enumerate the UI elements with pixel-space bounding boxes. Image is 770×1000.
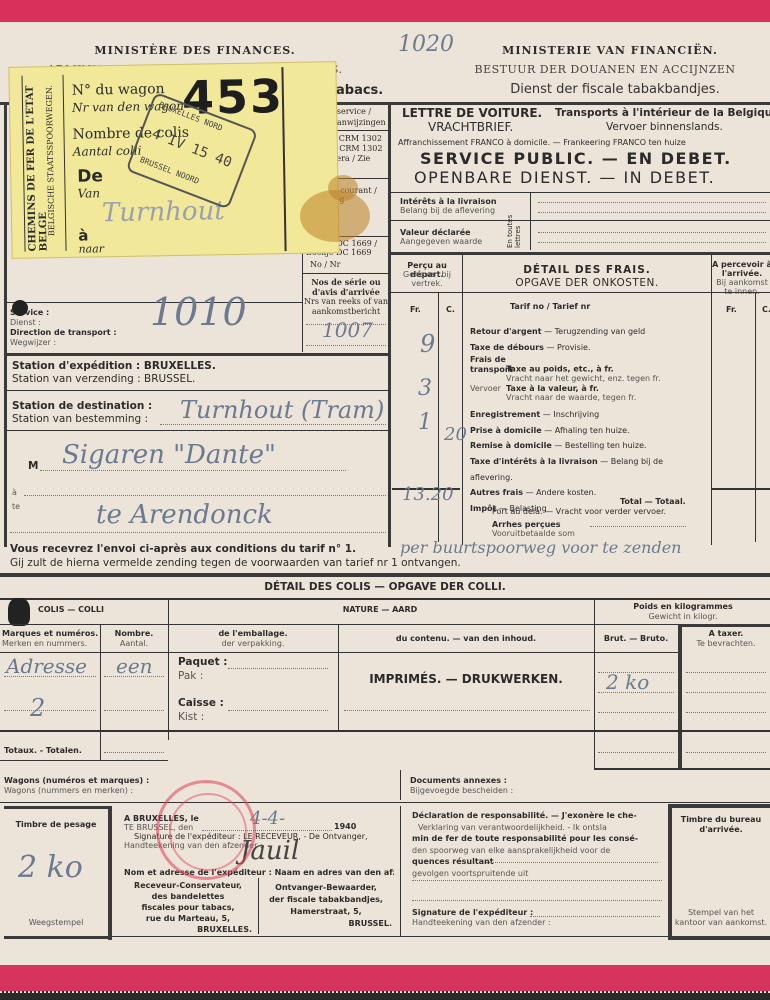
in-full-note: En toutes lettres: [506, 196, 522, 248]
interest-label-nl: Belang bij de aflevering: [400, 206, 495, 215]
marks-header-nl: Merken en nummers.: [2, 639, 87, 648]
year-value: 1940: [334, 822, 356, 831]
fees-title-fr: DÉTAIL DES FRAIS.: [463, 264, 711, 276]
destination-value: Turnhout (Tram): [180, 396, 384, 424]
fee-row: Taxe de débours — Provisie.: [470, 340, 708, 356]
responsibility-declaration: Déclaration de responsabilité. — J'exonè…: [412, 810, 668, 879]
paid-departure-nl: Geheven bij vertrek.: [392, 270, 462, 288]
tax-header-fr: A taxer.: [682, 629, 770, 638]
fee-row: Prise à domicile — Afhaling ten huize.: [470, 423, 708, 439]
from-label: De: [77, 166, 103, 186]
direction-label-nl: Wegwijzer :: [10, 338, 56, 347]
letter-title-nl: VRACHTBRIEF.: [428, 120, 513, 134]
fee-handwritten-3: 3: [418, 376, 432, 401]
caisse-field[interactable]: [228, 710, 328, 711]
to-label-nl: naar: [78, 242, 104, 255]
direction-label: Direction de transport :: [10, 328, 117, 337]
handwritten-number: 1020: [398, 32, 454, 57]
marks-header-fr: Marques et numéros.: [2, 629, 98, 638]
destination-station-nl: Station van bestemming :: [12, 413, 148, 425]
expedition-station-fr: Station d'expédition : BRUXELLES.: [12, 360, 216, 372]
paquet-label-nl: Pak :: [178, 670, 203, 682]
wagons-label-fr: Wagons (numéros et marques) :: [4, 776, 149, 785]
gross-header: Brut. — Bruto.: [594, 634, 678, 643]
fees-title-nl: OPGAVE DER ONKOSTEN.: [463, 277, 711, 289]
town-value: te Arendonck: [96, 500, 273, 530]
wagon-label: CHEMINS DE FER DE L'ETAT BELGE BELGISCHE…: [8, 61, 339, 259]
weight-header-nl: Gewicht in kilogr.: [596, 612, 770, 621]
shipper-signature-label: Signature de l'expéditeur :: [412, 908, 533, 917]
interest-label-fr: Intérêts à la livraison: [400, 197, 497, 206]
weight-header-fr: Poids en kilogrammes: [596, 602, 770, 611]
packaging-header-nl: der verpakking.: [168, 639, 338, 648]
weigh-value: 2 ko: [18, 850, 83, 885]
sender-address-fr: Receveur-Conservateur, des bandelettes f…: [124, 880, 252, 935]
from-label-nl: Van: [77, 186, 100, 200]
fee-handwritten-20: 20: [444, 424, 467, 445]
railway-side-text: CHEMINS DE FER DE L'ETAT BELGE BELGISCHE…: [22, 75, 67, 252]
arrhes-field[interactable]: [590, 526, 686, 527]
ministry-title-nl: MINISTERIE VAN FINANCIËN.: [470, 44, 750, 57]
nature-header: NATURE — AARD: [170, 605, 590, 614]
recipient-value: Sigaren "Dante": [62, 440, 276, 470]
franco-line: Affranchissement FRANCO à domicile. — Fr…: [398, 138, 770, 147]
docs-label-nl: Bijgevoegde bescheiden :: [410, 786, 513, 795]
value-field[interactable]: [538, 232, 766, 233]
destination-station-fr: Station de destination :: [12, 400, 152, 412]
service-public: SERVICE PUBLIC. — EN DEBET.: [420, 149, 732, 168]
recipient-field[interactable]: [40, 470, 346, 471]
fr-column-left: Fr.: [410, 305, 421, 314]
collect-arrival-fr: A percevoir à l'arrivée.: [712, 260, 770, 278]
tax-header-nl: Te bevrachten.: [682, 639, 770, 648]
transport-fr: Transports à l'intérieur de la Belgique: [555, 107, 770, 119]
conditions-fr: Vous recevrez l'envoi ci-après aux condi…: [10, 543, 356, 555]
wagon-no-label: N° du wagon: [72, 81, 165, 99]
transport-nl: Vervoer binnenslands.: [606, 121, 723, 133]
value-label-nl: Aangegeven waarde: [400, 237, 482, 246]
collect-arrival-nl: Bij aankomst te innen.: [712, 278, 770, 296]
fee-row: Remise à domicile — Bestelling ten huize…: [470, 438, 708, 454]
total-label: Total — Totaal.: [620, 497, 686, 506]
contents-header: du contenu. — van den inhoud.: [338, 634, 594, 643]
marks-value: Adresse: [6, 654, 87, 678]
punch-hole-2: [8, 598, 30, 626]
caisse-label-nl: Kist :: [178, 711, 204, 723]
totals-count-field[interactable]: [104, 752, 164, 753]
port-dela: Port au delà. — Vracht voor verder vervo…: [492, 507, 666, 516]
fee-row: Taxe d'intérêts à la livraison — Belang …: [470, 454, 708, 485]
service-fr-fragment: abacs.: [336, 83, 383, 98]
waybill-document: MINISTÈRE DES FINANCES. ADMINISTRATION D…: [0, 0, 770, 1000]
recipient-label: M: [28, 460, 38, 472]
fees-list: Retour d'argent — Terugzending van geld …: [470, 324, 708, 517]
perforated-edge: [0, 991, 770, 1000]
te-label: te: [12, 502, 20, 511]
fee-handwritten-total: 13.20: [402, 484, 454, 505]
count-value: een: [116, 654, 153, 678]
fee-row: Retour d'argent — Terugzending van geld: [470, 324, 708, 340]
paquet-label: Paquet :: [178, 656, 228, 668]
punch-hole: [12, 300, 28, 316]
totals-label: Totaux. - Totalen.: [4, 746, 82, 755]
weigh-stamp-label-nl: Weegstempel: [4, 918, 108, 927]
openbare-dienst: OPENBARE DIENST. — IN DEBET.: [414, 168, 715, 187]
expedition-station-nl: Station van verzending : BRUSSEL.: [12, 373, 195, 385]
contents-value: IMPRIMÉS. — DRUKWERKEN.: [340, 672, 592, 686]
shipper-signature-field[interactable]: [530, 916, 660, 917]
destination-field[interactable]: [160, 424, 386, 425]
value-label-fr: Valeur déclarée: [400, 228, 471, 237]
direction-handwritten: 1010: [150, 290, 247, 334]
service-nl: Dienst der fiscale tabakbandjes.: [470, 82, 760, 97]
administration-nl: BESTUUR DER DOUANEN EN ACCIJNZEN: [440, 63, 770, 76]
colis-title: DÉTAIL DES COLIS — OPGAVE DER COLLI.: [0, 581, 770, 593]
conditions-nl: Gij zult de hierna vermelde zending tege…: [10, 557, 461, 569]
fr-column-right: Fr.: [726, 305, 737, 314]
red-border-top: [0, 0, 770, 22]
serial-value: 1007: [322, 318, 373, 342]
fee-handwritten-9: 9: [420, 330, 435, 358]
c-column-right: C.: [762, 305, 770, 314]
shipper-signature-label-nl: Handteekening van den afzender :: [412, 918, 551, 927]
arrival-stamp-label-nl: Stempel van het kantoor van aankomst.: [672, 908, 770, 928]
number-label: No / Nr: [310, 260, 340, 269]
caisse-label: Caisse :: [178, 697, 224, 709]
serial-label: Nos de série ou d'avis d'arrivée Nrs van…: [304, 277, 388, 317]
weigh-stamp-label: Timbre de pesage: [4, 820, 108, 829]
a-label: à: [12, 488, 17, 497]
fee-row: Enregistrement — Inschrijving: [470, 407, 708, 423]
packaging-header-fr: de l'emballage.: [168, 629, 338, 638]
fee-row: Frais de transportTaxe au poids, etc., à…: [470, 355, 708, 403]
sender-name-label: Nom et adresse de l'expéditeur : Naam en…: [124, 868, 394, 877]
c-column-left: C.: [446, 305, 455, 314]
interest-field[interactable]: [538, 202, 766, 203]
ministry-title-fr: MINISTÈRE DES FINANCES.: [40, 44, 350, 57]
marks-value-2: 2: [30, 694, 45, 722]
red-border-bottom: [0, 965, 770, 991]
count-header-fr: Nombre.: [100, 629, 168, 638]
arrhes-nl: Vooruitbetaalde som: [492, 529, 575, 538]
count-header-nl: Aantal.: [100, 639, 168, 648]
wagons-label-nl: Wagons (nummers en merken) :: [4, 786, 133, 795]
town-field[interactable]: [10, 532, 386, 533]
sender-address-nl: Ontvanger-Bewaarder, der fiscale tabakba…: [260, 882, 392, 930]
docs-label-fr: Documents annexes :: [410, 776, 507, 785]
service-label-nl: Dienst :: [10, 318, 41, 327]
arrhes-fr: Arrhes perçues: [492, 520, 560, 529]
tariff-label: Tarif no / Tarief nr: [510, 302, 590, 311]
paquet-field[interactable]: [228, 668, 328, 669]
fee-handwritten-1: 1: [418, 410, 432, 435]
letter-title-fr: LETTRE DE VOITURE.: [402, 106, 542, 120]
arrival-stamp-label: Timbre du bureau d'arrivée.: [672, 815, 770, 835]
gross-value: 2 ko: [606, 670, 649, 694]
conditions-handwritten: per buurtspoorweg voor te zenden: [400, 538, 681, 557]
declaration-field[interactable]: [412, 880, 662, 881]
red-customs-stamp: [156, 780, 256, 880]
colis-header: COLIS — COLLI: [38, 605, 104, 614]
